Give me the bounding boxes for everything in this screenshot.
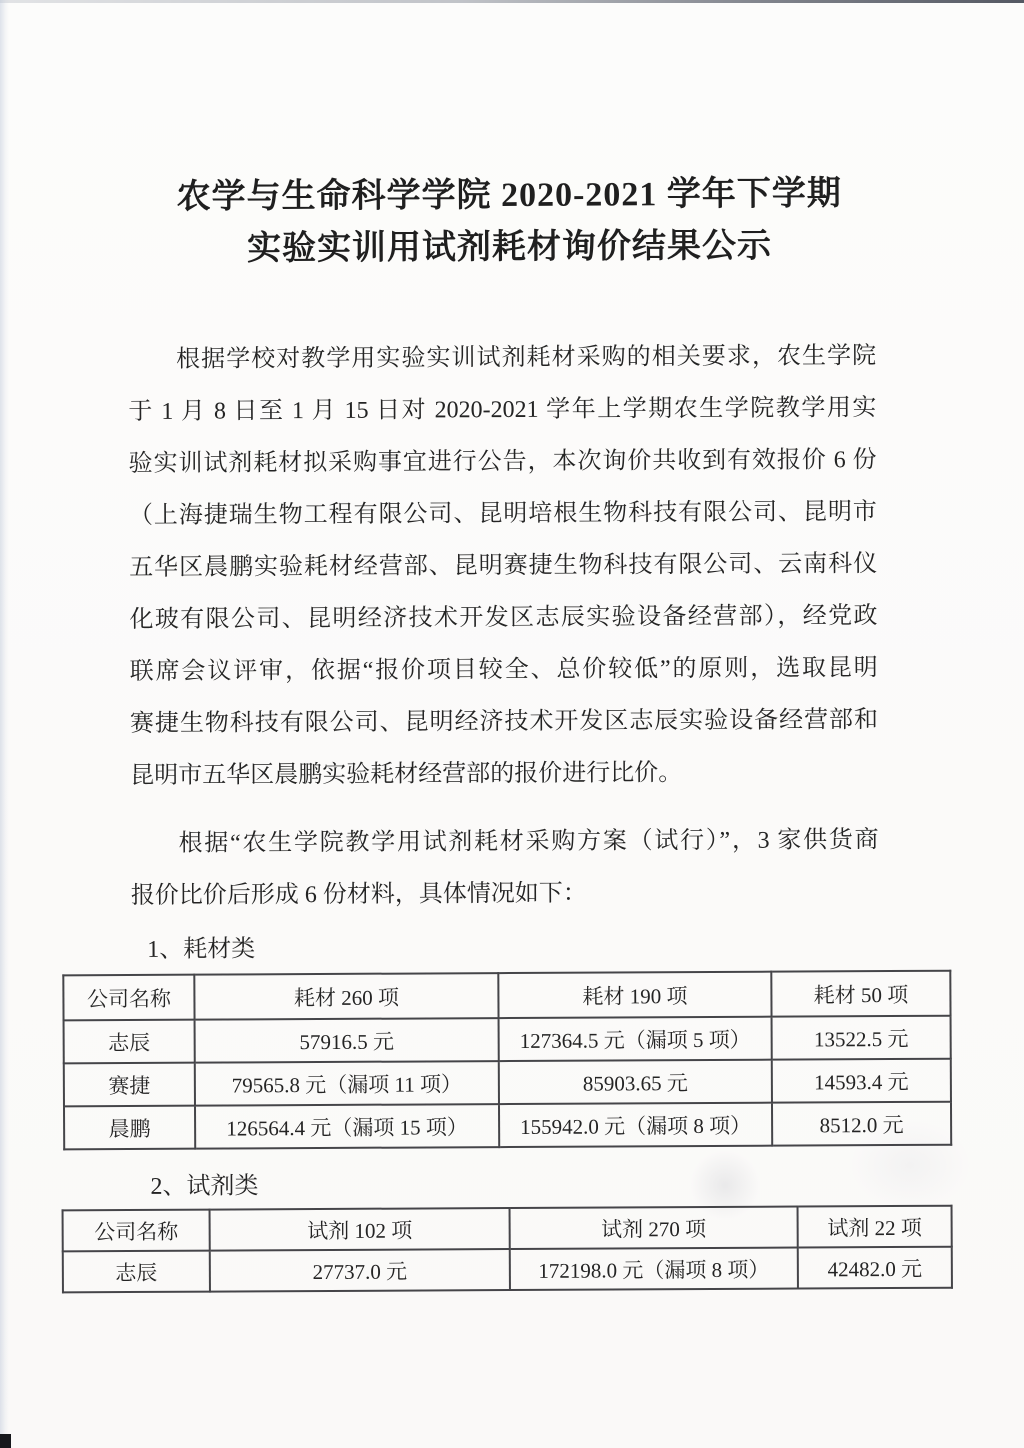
body-line: 根据“农生学院教学用试剂耗材采购方案（试行）”，3 家供货商	[130, 814, 878, 870]
body-line: 验实训试剂耗材拟采购事宜进行公告，本次询价共收到有效报价 6 份	[128, 434, 876, 490]
consumables-table-header-row: 公司名称 耗材 260 项 耗材 190 项 耗材 50 项	[63, 971, 950, 1021]
body-line: 报价比价后形成 6 份材料，具体情况如下：	[131, 866, 879, 922]
table-header-reagents-270: 试剂 270 项	[510, 1207, 798, 1250]
table-row: 志辰 27737.0 元 172198.0 元（漏项 8 项） 42482.0 …	[63, 1247, 952, 1293]
price-cell: 8512.0 元	[772, 1102, 951, 1146]
company-name-cell: 赛捷	[64, 1063, 195, 1107]
body-paragraph-1: 根据学校对教学用实验实训试剂耗材采购的相关要求，农生学院 于 1 月 8 日至 …	[128, 330, 878, 802]
table-row: 晨鹏 126564.4 元（漏项 15 项） 155942.0 元（漏项 8 项…	[64, 1102, 951, 1150]
body-line: 根据学校对教学用实验实训试剂耗材采购的相关要求，农生学院	[128, 330, 876, 386]
company-name-cell: 晨鹏	[64, 1106, 195, 1150]
document-title: 农学与生命科学学院 2020-2021 学年下学期 实验实训用试剂耗材询价结果公…	[0, 167, 1022, 276]
price-cell: 172198.0 元（漏项 8 项）	[510, 1248, 798, 1291]
table-row: 志辰 57916.5 元 127364.5 元（漏项 5 项） 13522.5 …	[64, 1016, 951, 1064]
price-cell: 79565.8 元（漏项 11 项）	[195, 1061, 499, 1106]
price-cell: 42482.0 元	[798, 1247, 952, 1289]
table-header-reagents-22: 试剂 22 项	[798, 1206, 952, 1248]
document-title-line-1: 农学与生命科学学院 2020-2021 学年下学期	[0, 167, 1021, 224]
price-cell: 13522.5 元	[772, 1016, 951, 1060]
table-header-company: 公司名称	[63, 975, 194, 1021]
price-cell: 126564.4 元（漏项 15 项）	[195, 1104, 499, 1149]
body-line: 化玻有限公司、昆明经济技术开发区志辰实验设备经营部），经党政	[129, 590, 877, 646]
body-paragraph-2: 根据“农生学院教学用试剂耗材采购方案（试行）”，3 家供货商 报价比价后形成 6…	[130, 814, 879, 922]
company-name-cell: 志辰	[64, 1020, 195, 1064]
price-cell: 155942.0 元（漏项 8 项）	[499, 1103, 772, 1147]
price-cell: 127364.5 元（漏项 5 项）	[499, 1017, 772, 1061]
table-header-consumables-260: 耗材 260 项	[194, 973, 498, 1020]
body-line: 联席会议评审，依据“报价项目较全、总价较低”的原则，选取昆明	[130, 642, 878, 698]
table-header-company: 公司名称	[63, 1210, 210, 1252]
scanned-document-page: 农学与生命科学学院 2020-2021 学年下学期 实验实训用试剂耗材询价结果公…	[0, 0, 1024, 1448]
body-line: 昆明市五华区晨鹏实验耗材经营部的报价进行比价。	[130, 746, 878, 802]
section-heading-reagents: 2、试剂类	[150, 1171, 258, 1202]
body-line: 五华区晨鹏实验耗材经营部、昆明赛捷生物科技有限公司、云南科仪	[129, 538, 877, 594]
table-header-consumables-50: 耗材 50 项	[771, 971, 950, 1017]
consumables-table: 公司名称 耗材 260 项 耗材 190 项 耗材 50 项 志辰 57916.…	[62, 970, 952, 1151]
body-line: （上海捷瑞生物工程有限公司、昆明培根生物科技有限公司、昆明市	[129, 486, 877, 542]
price-cell: 57916.5 元	[195, 1018, 499, 1063]
price-cell: 14593.4 元	[772, 1059, 951, 1103]
reagents-table: 公司名称 试剂 102 项 试剂 270 项 试剂 22 项 志辰 27737.…	[62, 1205, 953, 1294]
reagents-table-header-row: 公司名称 试剂 102 项 试剂 270 项 试剂 22 项	[63, 1206, 952, 1252]
company-name-cell: 志辰	[63, 1251, 210, 1293]
price-cell: 85903.65 元	[499, 1060, 772, 1104]
price-cell: 27737.0 元	[210, 1249, 510, 1292]
document-title-line-2: 实验实训用试剂耗材询价结果公示	[0, 219, 1022, 276]
table-row: 赛捷 79565.8 元（漏项 11 项） 85903.65 元 14593.4…	[64, 1059, 951, 1107]
table-header-reagents-102: 试剂 102 项	[210, 1208, 510, 1251]
section-heading-consumables: 1、耗材类	[147, 934, 255, 965]
body-line: 于 1 月 8 日至 1 月 15 日对 2020-2021 学年上学期农生学院…	[128, 382, 876, 438]
body-line: 赛捷生物科技有限公司、昆明经济技术开发区志辰实验设备经营部和	[130, 694, 878, 750]
table-header-consumables-190: 耗材 190 项	[498, 972, 771, 1018]
document-content: 农学与生命科学学院 2020-2021 学年下学期 实验实训用试剂耗材询价结果公…	[0, 0, 1024, 1448]
